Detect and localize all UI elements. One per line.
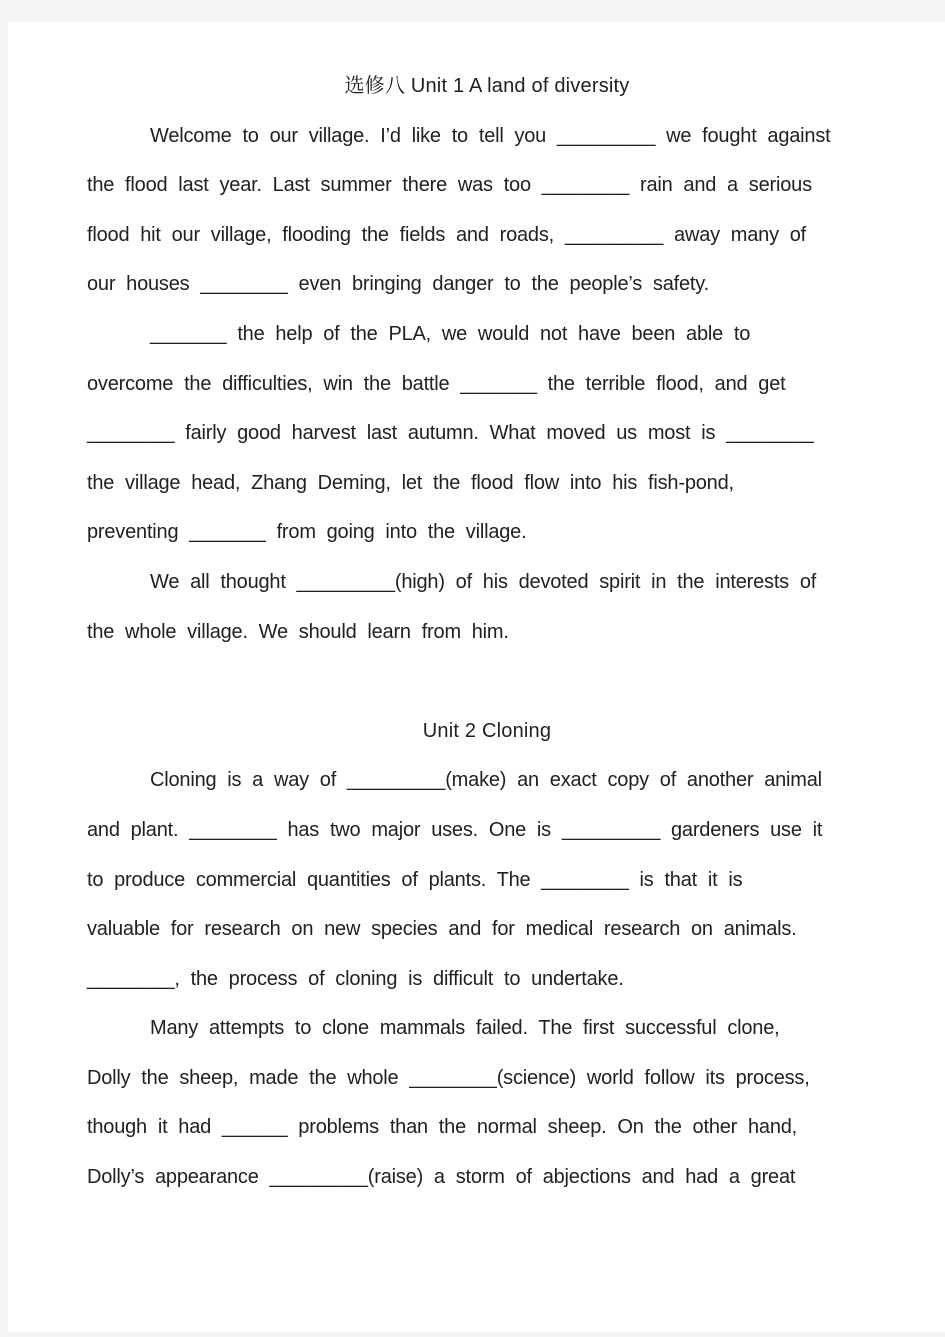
text-line: though it had ______ problems than the n… — [87, 1103, 887, 1153]
document-content: 选修八 Unit 1 A land of diversity Welcome t… — [8, 22, 945, 1203]
unit1-paragraph-1: Welcome to our village. I’d like to tell… — [87, 112, 887, 310]
text-line: Dolly the sheep, made the whole ________… — [87, 1054, 887, 1104]
document-page: 选修八 Unit 1 A land of diversity Welcome t… — [8, 22, 945, 1332]
text-line: the village head, Zhang Deming, let the … — [87, 459, 887, 509]
unit1-paragraph-3: We all thought _________(high) of his de… — [87, 558, 887, 657]
text-line: preventing _______ from going into the v… — [87, 508, 887, 558]
text-line: valuable for research on new species and… — [87, 905, 887, 955]
text-line: We all thought _________(high) of his de… — [87, 558, 887, 608]
paragraph-spacer — [87, 657, 887, 707]
text-line: our houses ________ even bringing danger… — [87, 260, 887, 310]
unit2-paragraph-2: Many attempts to clone mammals failed. T… — [87, 1004, 887, 1202]
text-line: Cloning is a way of _________(make) an e… — [87, 756, 887, 806]
text-line: to produce commercial quantities of plan… — [87, 856, 887, 906]
text-line: Welcome to our village. I’d like to tell… — [87, 112, 887, 162]
text-line: the whole village. We should learn from … — [87, 608, 887, 658]
text-line: Many attempts to clone mammals failed. T… — [87, 1004, 887, 1054]
text-line: _______ the help of the PLA, we would no… — [87, 310, 887, 360]
unit1-paragraph-2: _______ the help of the PLA, we would no… — [87, 310, 887, 558]
text-line: overcome the difficulties, win the battl… — [87, 360, 887, 410]
unit2-heading: Unit 2 Cloning — [87, 707, 887, 757]
unit2-paragraph-1: Cloning is a way of _________(make) an e… — [87, 756, 887, 1004]
text-line: Dolly’s appearance _________(raise) a st… — [87, 1153, 887, 1203]
text-line: ________ fairly good harvest last autumn… — [87, 409, 887, 459]
text-line: ________, the process of cloning is diff… — [87, 955, 887, 1005]
text-line: flood hit our village, flooding the fiel… — [87, 211, 887, 261]
text-line: and plant. ________ has two major uses. … — [87, 806, 887, 856]
unit1-heading: 选修八 Unit 1 A land of diversity — [87, 62, 887, 112]
text-line: the flood last year. Last summer there w… — [87, 161, 887, 211]
